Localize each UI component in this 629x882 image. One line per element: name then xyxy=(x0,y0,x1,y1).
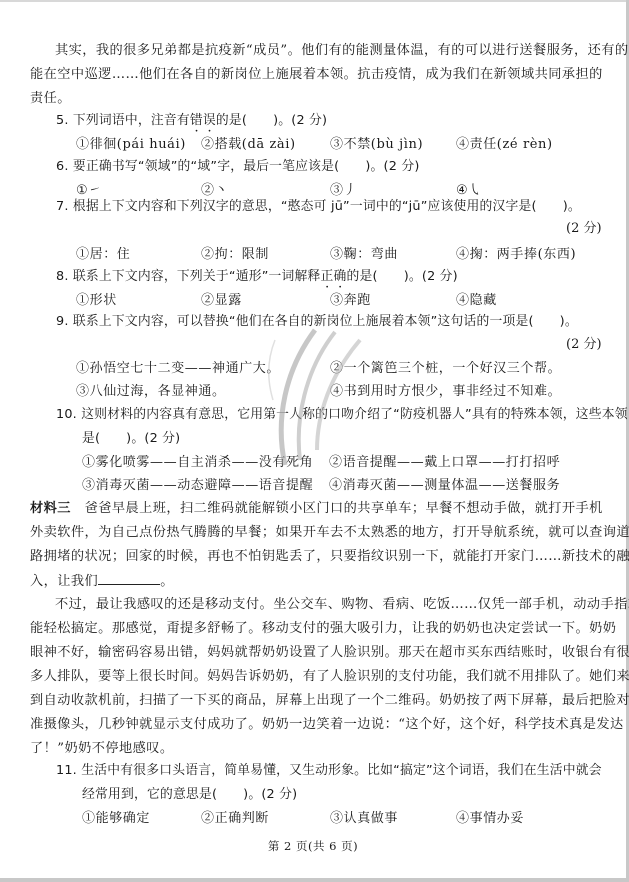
intro-line-1: 其实，我的很多兄弟都是抗疫新“成员”。他们有的能测量体温，有的可以进行送餐服务，… xyxy=(55,42,629,60)
question-number: 11. xyxy=(56,763,77,778)
intro-line-2: 能在空中巡逻……他们在各自的新岗位上施展着本领。抗击疫情，成为我们在新领域共同承… xyxy=(30,66,603,84)
question-10-option-3[interactable]: ③消毒灭菌——动态避障——语音提醒 xyxy=(82,477,313,495)
question-9-option-2[interactable]: ②一个篱笆三个桩，一个好汉三个帮。 xyxy=(330,360,561,378)
material-3-p2-line-2: 能轻松搞定。那感觉，甭提多舒畅了。移动支付的强大吸引力，让我的奶奶也决定尝试一下… xyxy=(30,620,616,638)
question-6-stem: 6. 要正确书写“领域”的“域”字，最后一笔应该是( )。(2 分) xyxy=(56,158,420,176)
stem-text: 的是( )。(2 分) xyxy=(347,269,458,284)
material-3-p2-line-6: 准摄像头，几秒钟就显示支付成功了。奶奶一边笑着一边说：“这个好，这个好，科学技术… xyxy=(30,716,624,734)
material-3-line-1: 材料三 爸爸早晨上班，扫二维码就能解锁小区门口的共享单车；早餐不想动手做，就打开… xyxy=(30,500,603,518)
question-number: 7. xyxy=(56,199,69,214)
stem-text: 联系上下文内容，下列关于“遁形”一词解释 xyxy=(73,269,321,284)
question-5-option-1[interactable]: ①徘徊(pái huái) xyxy=(76,136,186,154)
paragraph-text: 。 xyxy=(160,574,174,589)
stem-text: 下列词语中，注音有 xyxy=(73,113,190,128)
material-3-line-3: 路拥堵的状况；回家的时候，再也不怕钥匙丢了，只要指纹识别一下，就能打开家门……新… xyxy=(30,548,629,566)
question-11-option-1[interactable]: ①能够确定 xyxy=(82,810,150,828)
question-number: 10. xyxy=(56,407,77,422)
question-9-score: (2 分) xyxy=(566,336,602,354)
question-9-option-3[interactable]: ③八仙过海，各显神通。 xyxy=(76,383,226,401)
stem-text: 的是( )。(2 分) xyxy=(216,113,327,128)
fill-in-blank xyxy=(98,572,160,585)
question-11-option-3[interactable]: ③认真做事 xyxy=(330,810,398,828)
material-3-label: 材料三 xyxy=(30,501,71,516)
question-number: 5. xyxy=(56,113,69,128)
question-7-stem: 7. 根据上下文内容和下列汉字的意思，“憨态可 jū”一词中的“jū”应该使用的… xyxy=(56,198,581,216)
emphasis-text: 正确 xyxy=(321,269,347,284)
question-7-option-2[interactable]: ②拘：限制 xyxy=(201,246,269,264)
page-footer: 第 2 页(共 6 页) xyxy=(0,838,626,854)
question-9-option-4[interactable]: ④书到用时方恨少，事非经过不知难。 xyxy=(330,383,561,401)
question-9-option-1[interactable]: ①孙悟空七十二变——神通广大。 xyxy=(76,360,280,378)
question-5-option-3[interactable]: ③不禁(bù jìn) xyxy=(330,136,423,154)
question-10-option-2[interactable]: ②语音提醒——戴上口罩——打打招呼 xyxy=(329,454,560,472)
material-3-p2-line-5: 到自动收款机前，扫描了一下买的商品，屏幕上出现了一个二维码。奶奶按了两下屏幕，最… xyxy=(30,692,629,710)
material-3-line-4: 入，让我们。 xyxy=(30,572,174,591)
question-7-option-4[interactable]: ④掬：两手捧(东西) xyxy=(456,246,576,264)
stem-text: 根据上下文内容和下列汉字的意思，“憨态可 jū”一词中的“jū”应该使用的汉字是… xyxy=(73,199,581,214)
question-7-option-1[interactable]: ①居：住 xyxy=(76,246,130,264)
question-5-option-4[interactable]: ④责任(zé rèn) xyxy=(456,136,553,154)
question-number: 6. xyxy=(56,159,69,174)
stem-text: 要正确书写“领域”的“域”字，最后一笔应该是( )。(2 分) xyxy=(73,159,420,174)
paragraph-text: 入，让我们 xyxy=(30,574,98,589)
question-number: 8. xyxy=(56,269,69,284)
question-11-stem-line-1: 11. 生活中有很多口头语言，简单易懂，又生动形象。比如“搞定”这个词语，我们在… xyxy=(56,762,602,780)
question-8-option-4[interactable]: ④隐藏 xyxy=(456,292,497,310)
emphasis-text: 错误 xyxy=(190,113,216,128)
question-10-option-1[interactable]: ①雾化喷雾——自主消杀——没有死角 xyxy=(82,454,313,472)
material-3-p2-line-4: 多人排队，要等上很长时间。妈妈告诉奶奶，有了人脸识别的支付功能，我们就不用排队了… xyxy=(30,668,629,686)
stem-text: 生活中有很多口头语言，简单易懂，又生动形象。比如“搞定”这个词语，我们在生活中就… xyxy=(81,763,602,778)
material-3-p2-line-1: 不过，最让我感叹的还是移动支付。坐公交车、购物、看病、吃饭……仅凭一部手机，动动… xyxy=(55,596,629,614)
question-10-option-4[interactable]: ④消毒灭菌——测量体温——送餐服务 xyxy=(329,477,560,495)
stem-text: 这则材料的内容真有意思，它用第一人称的口吻介绍了“防疫机器人”具有的特殊本领，这… xyxy=(81,407,628,422)
question-8-option-1[interactable]: ①形状 xyxy=(76,292,117,310)
question-8-option-2[interactable]: ②显露 xyxy=(201,292,242,310)
question-11-option-4[interactable]: ④事情办妥 xyxy=(456,810,524,828)
material-3-p2-line-3: 眼神不好，输密码容易出错，妈妈就帮奶奶设置了人脸识别。那天在超市买东西结账时，收… xyxy=(30,644,629,662)
question-number: 9. xyxy=(56,314,69,329)
intro-line-3: 责任。 xyxy=(30,90,71,108)
question-10-stem-line-2: 是( )。(2 分) xyxy=(82,430,180,448)
question-5-stem: 5. 下列词语中，注音有错误的是( )。(2 分) xyxy=(56,112,327,135)
paragraph-text: 爸爸早晨上班，扫二维码就能解锁小区门口的共享单车；早餐不想动手做，就打开手机 xyxy=(85,501,603,516)
question-11-stem-line-2: 经常用到，它的意思是( )。(2 分) xyxy=(82,786,297,804)
question-7-score: (2 分) xyxy=(566,220,602,238)
question-9-stem: 9. 联系上下文内容，可以替换“他们在各自的新岗位上施展着本领”这句话的一项是(… xyxy=(56,313,578,331)
question-8-stem: 8. 联系上下文内容，下列关于“遁形”一词解释正确的是( )。(2 分) xyxy=(56,268,458,291)
question-8-option-3[interactable]: ③奔跑 xyxy=(330,292,371,310)
material-3-line-2: 外卖软件，为自己点份热气腾腾的早餐；如果开车去不太熟悉的地方，打开导航系统，就可… xyxy=(30,524,629,542)
question-11-option-2[interactable]: ②正确判断 xyxy=(201,810,269,828)
exam-page: 其实，我的很多兄弟都是抗疫新“成员”。他们有的能测量体温，有的可以进行送餐服务，… xyxy=(0,0,626,878)
question-5-option-2[interactable]: ②搭载(dā zài) xyxy=(201,136,296,154)
question-10-stem-line-1: 10. 这则材料的内容真有意思，它用第一人称的口吻介绍了“防疫机器人”具有的特殊… xyxy=(56,406,628,424)
stem-text: 联系上下文内容，可以替换“他们在各自的新岗位上施展着本领”这句话的一项是( )。 xyxy=(73,314,578,329)
question-7-option-3[interactable]: ③鞠：弯曲 xyxy=(330,246,398,264)
material-3-p2-line-7: 了！”奶奶不停地感叹。 xyxy=(30,740,174,758)
